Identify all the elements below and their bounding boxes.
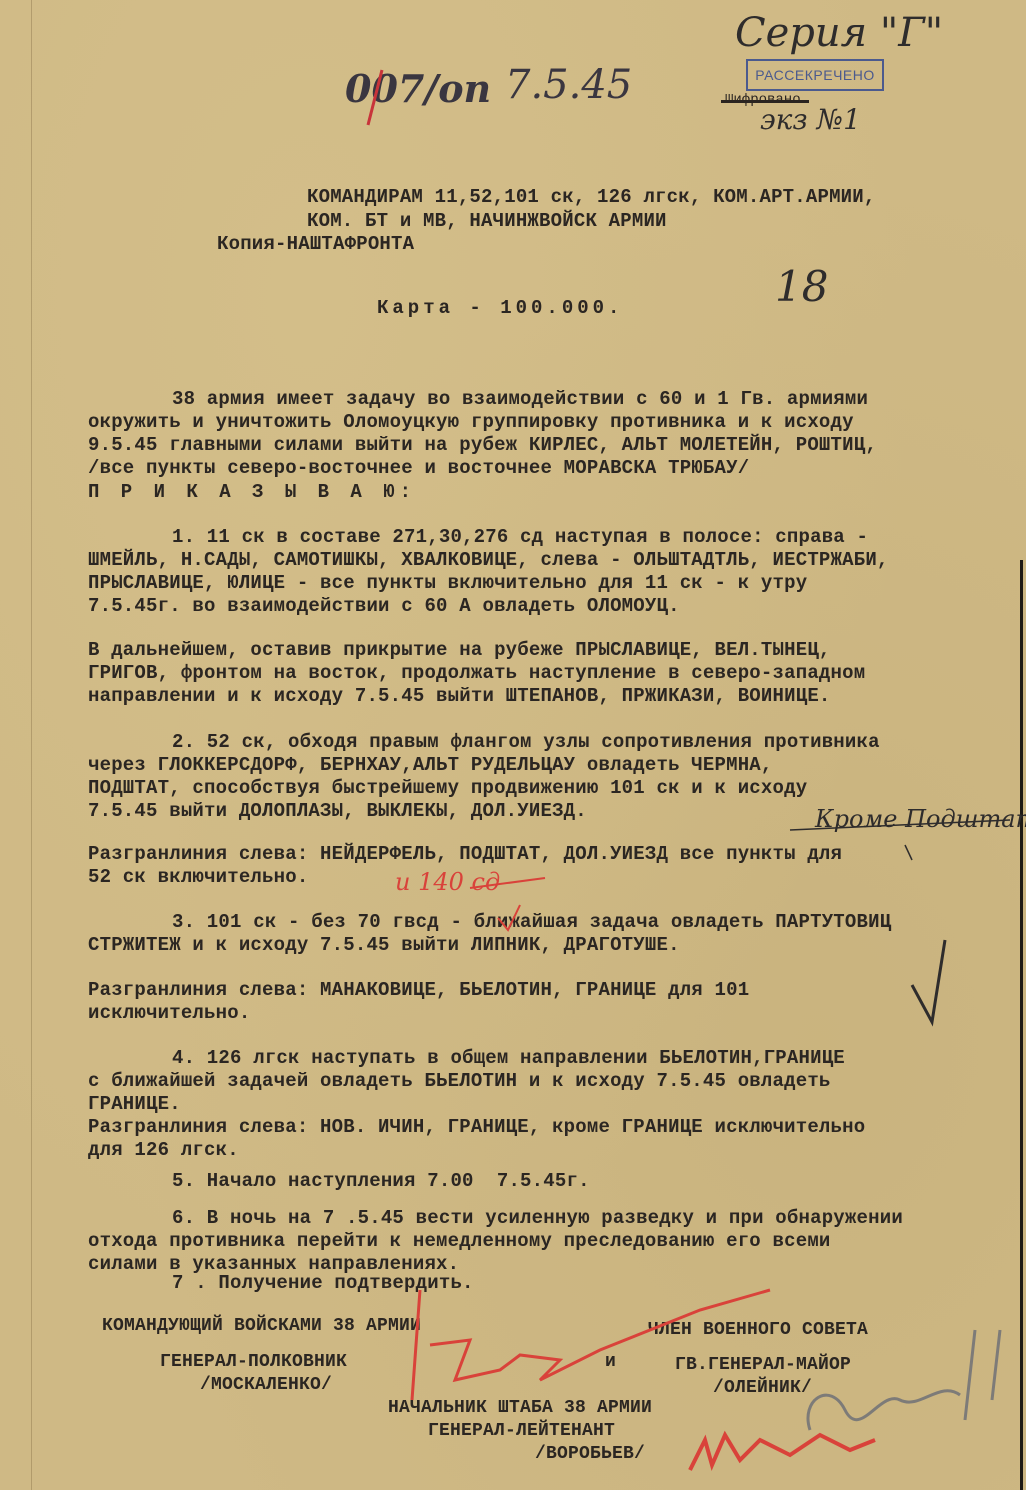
handwritten-marks [0, 0, 1026, 1490]
document-page: 007/оп 7.5.45 Серия "Г" РАССЕКРЕЧЕНО Шиф… [0, 0, 1026, 1490]
